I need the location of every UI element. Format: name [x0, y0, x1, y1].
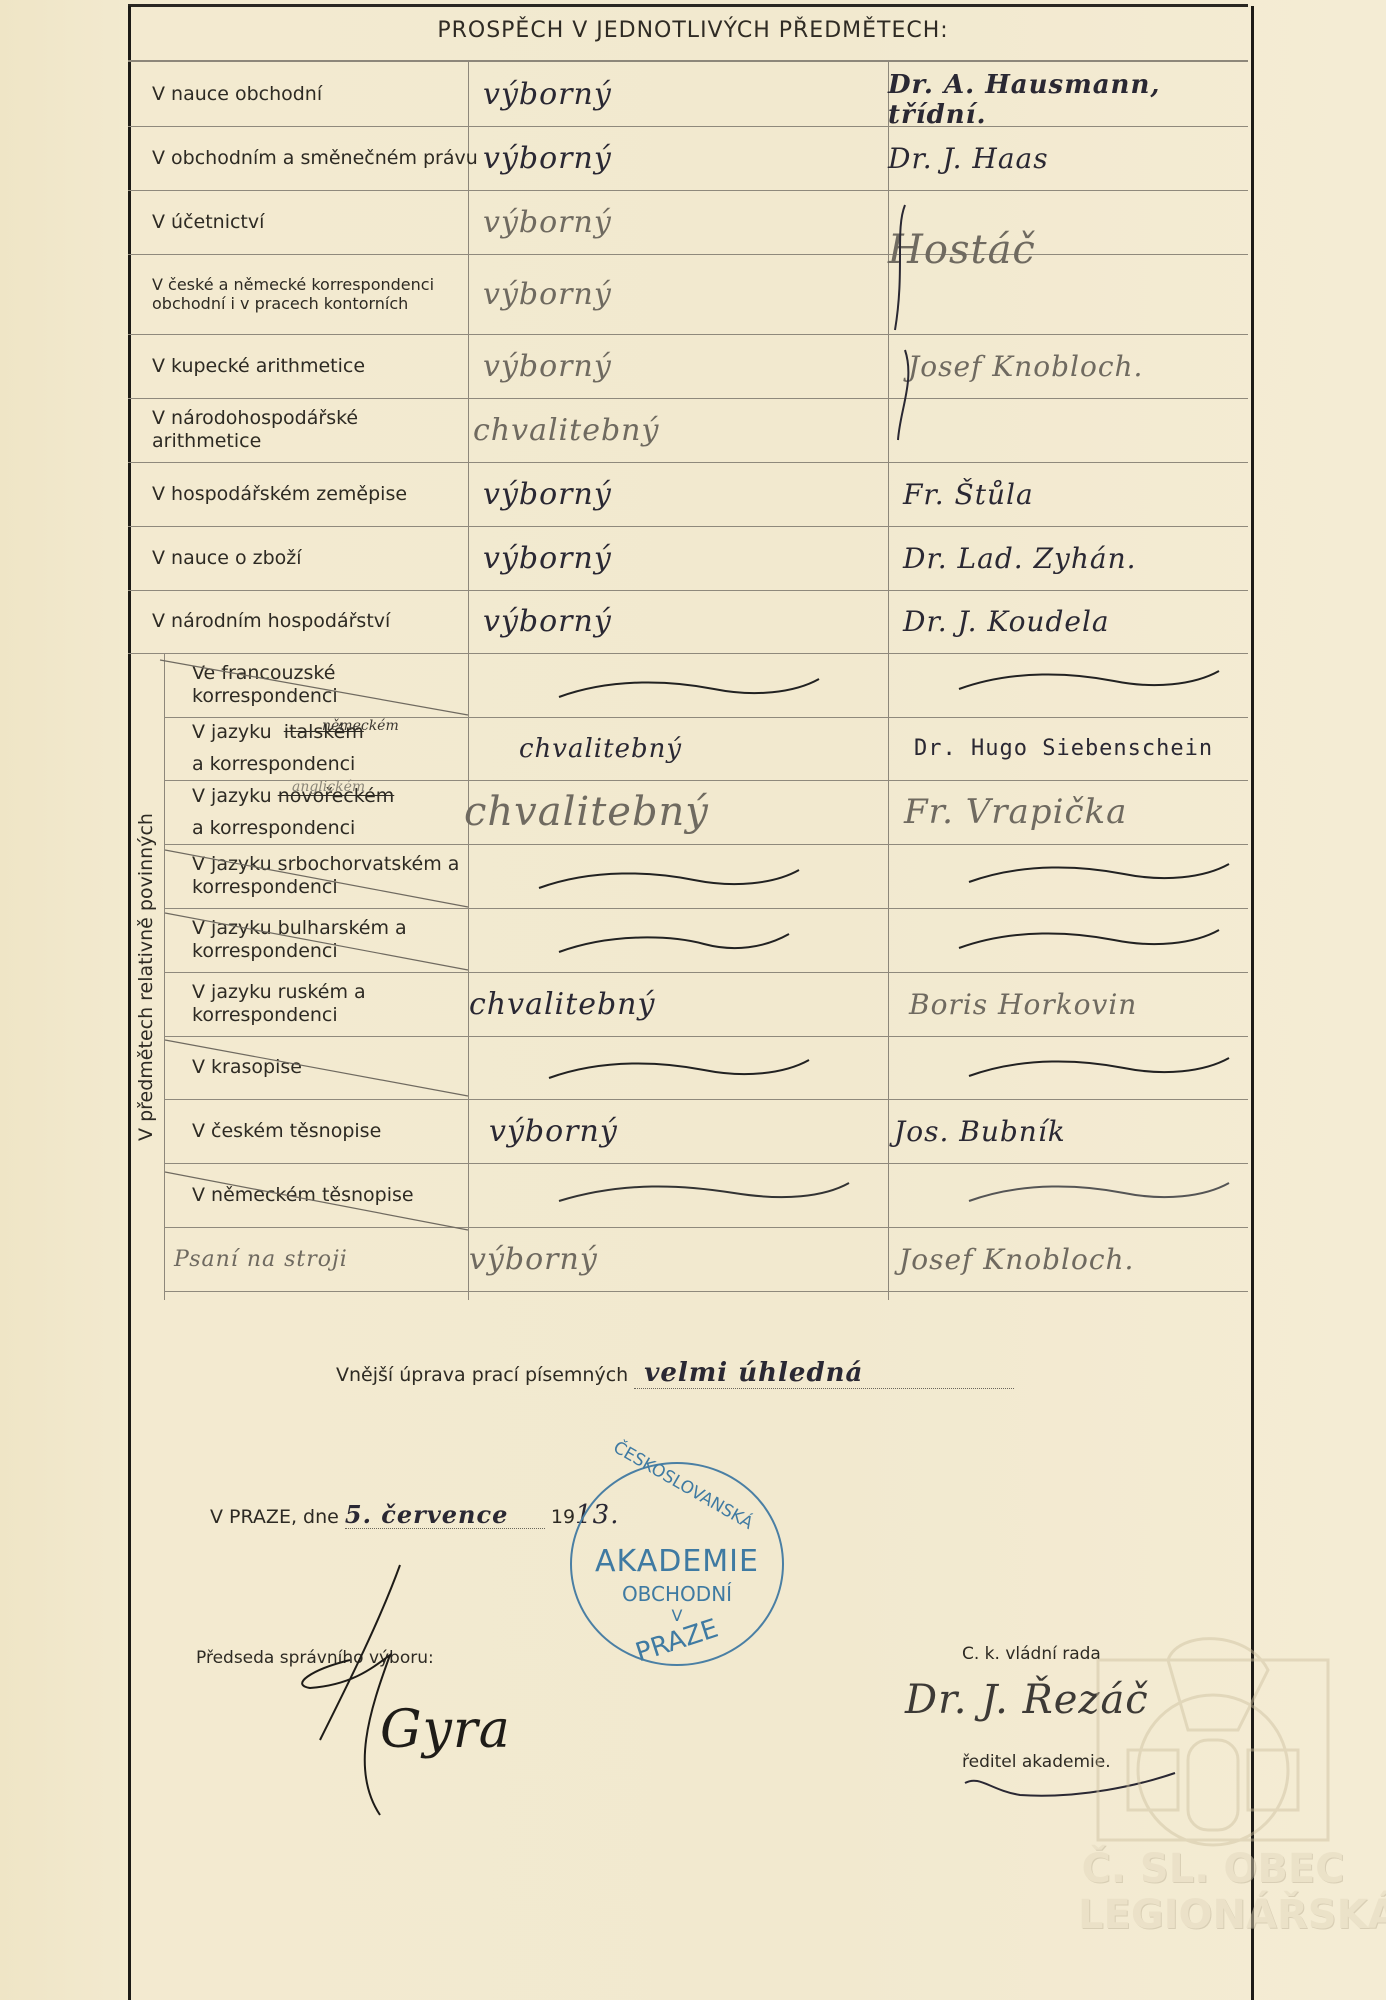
academy-stamp: ČESKOSLOVANSKÁ AKADEMIE OBCHODNÍ V PRAZE — [570, 1462, 784, 1666]
watermark-line2: LEGIONÁŘSKÁ — [1078, 1892, 1348, 1938]
exterior-line: Vnější úprava prací písemných velmi úhle… — [336, 1358, 1014, 1389]
legion-watermark: Č. SL. OBEC LEGIONÁŘSKÁ — [1078, 1620, 1348, 1950]
chairman-signature-flourish — [290, 1560, 430, 1820]
certificate-page: PROSPĚCH V JEDNOTLIVÝCH PŘEDMĚTECH: V na… — [0, 0, 1386, 2000]
watermark-line1: Č. SL. OBEC — [1078, 1846, 1348, 1892]
watermark-emblem-icon — [1078, 1620, 1348, 1850]
exterior-value: velmi úhledná — [634, 1358, 1014, 1389]
place-date-line: V PRAZE, dne 5. července 1913. — [210, 1500, 619, 1530]
date-value: 5. července — [345, 1500, 545, 1529]
relative-section-label: V předmětech relativně povinných — [128, 653, 164, 1300]
